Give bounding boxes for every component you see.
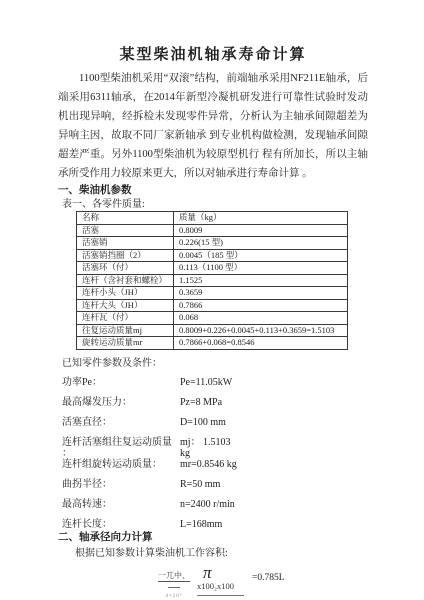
- cell-mass: 0.8009+0.226+0.0045+0.113+0.3659=1.5103: [174, 324, 348, 337]
- param-label: 连杆长度：: [62, 519, 180, 530]
- table-row: 旋转运动质量mr 0.7866+0.068=0.8546: [77, 337, 348, 350]
- cell-mass: 0.7866: [174, 299, 348, 312]
- formula-left-fraction: 一兀中、 4×10⁶: [158, 571, 190, 599]
- param-value: n=2400 r/min: [180, 499, 235, 510]
- section2-heading: 二、轴承径向力计算: [58, 532, 368, 544]
- cell-mass: 0.0045（185 型）: [174, 249, 348, 262]
- cell-mass: 0.3659: [174, 287, 348, 300]
- intro-paragraph: 1100型柴油机采用“双滚”结构，前端轴承采用NF211E轴承，后端采用6311…: [58, 69, 368, 183]
- param-label: 活塞直径：: [62, 417, 180, 428]
- param-label: 功率Pe：: [62, 377, 180, 388]
- section1-heading: 一、柴油机参数: [58, 185, 368, 197]
- table-caption: 表一、各零件质量:: [62, 199, 368, 210]
- table-row: 活塞环（付） 0.113（1100 型）: [77, 262, 348, 275]
- param-value: R=50 mm: [180, 479, 220, 490]
- displacement-formula: 一兀中、 4×10⁶ π x100₂x100 =0.785L: [158, 565, 368, 599]
- param-row-max-pressure: 最高爆发压力： Pz=8 MPa: [62, 397, 368, 408]
- table-row: 往复运动质量mj 0.8009+0.226+0.0045+0.113+0.365…: [77, 324, 348, 337]
- cell-mass: 0.8009: [174, 224, 348, 237]
- param-value: L=168mm: [180, 519, 222, 530]
- cell-name: 连杆小头（JH）: [77, 287, 174, 300]
- cell-name: 旋转运动质量mr: [77, 337, 174, 350]
- formula-main-denominator: x100₂x100: [197, 580, 244, 596]
- cell-name: 活塞销: [77, 237, 174, 250]
- param-value: D=100 mm: [180, 417, 226, 428]
- cell-name: 连杆（含衬套和螺栓）: [77, 274, 174, 287]
- param-label: 最高转速：: [62, 499, 180, 510]
- param-row-max-speed: 最高转速： n=2400 r/min: [62, 499, 368, 510]
- cell-mass: 0.226(15 型): [174, 237, 348, 250]
- document-title: 某型柴油机轴承寿命计算: [58, 44, 368, 66]
- pi-symbol: π: [203, 565, 212, 580]
- table-row: 活塞 0.8009: [77, 224, 348, 237]
- param-row-crank-radius: 曲拐半径： R=50 mm: [62, 479, 368, 490]
- cell-name: 连杆瓦（付）: [77, 312, 174, 325]
- cell-mass: 1.1525: [174, 274, 348, 287]
- table-header-mass: 质量（kg）: [174, 212, 348, 225]
- formula-result: =0.785L: [252, 573, 285, 584]
- cell-mass: 0.7866+0.068=0.8546: [174, 337, 348, 350]
- cell-mass: 0.068: [174, 312, 348, 325]
- formula-left-numerator: 一兀中、: [158, 571, 190, 582]
- param-value: mj： 1.5103 kg: [180, 437, 231, 459]
- table-header-name: 名称: [77, 212, 174, 225]
- param-row-power: 功率Pe： Pe=11.05kW: [62, 377, 368, 388]
- table-row: 连杆小头（JH） 0.3659: [77, 287, 348, 300]
- param-row-piston-diameter: 活塞直径： D=100 mm: [62, 417, 368, 428]
- table-row: 活塞销 0.226(15 型): [77, 237, 348, 250]
- table-row: 连杆（含衬套和螺栓） 1.1525: [77, 274, 348, 287]
- fraction-bar: [168, 587, 180, 588]
- param-row-rotating-mass: 连杆组旋转运动质量： mr=0.8546 kg: [62, 459, 368, 470]
- formula-left-denominator: 4×10⁶: [165, 594, 182, 599]
- param-value: Pe=11.05kW: [180, 377, 232, 388]
- param-label: 连杆组旋转运动质量：: [62, 459, 180, 470]
- known-conditions-label: 已知零件参数及条件：: [62, 358, 368, 369]
- cell-name: 活塞销挡圈（2）: [77, 249, 174, 262]
- param-label: 曲拐半径：: [62, 479, 180, 490]
- cell-mass: 0.113（1100 型）: [174, 262, 348, 275]
- table-row: 活塞销挡圈（2） 0.0045（185 型）: [77, 249, 348, 262]
- param-row-reciprocating-mass: 连杆活塞组往复运动质量 ： mj： 1.5103 kg: [62, 437, 368, 459]
- param-row-conrod-length: 连杆长度： L=168mm: [62, 519, 368, 530]
- cell-name: 往复运动质量mj: [77, 324, 174, 337]
- table-header-row: 名称 质量（kg）: [77, 212, 348, 225]
- table-row: 连杆大头（JH） 0.7866: [77, 299, 348, 312]
- param-value: mr=0.8546 kg: [180, 459, 237, 470]
- formula-main-fraction: π x100₂x100: [197, 565, 244, 596]
- param-label: 连杆活塞组往复运动质量 ：: [62, 437, 180, 459]
- mass-table: 名称 质量（kg） 活塞 0.8009 活塞销 0.226(15 型) 活塞销挡…: [76, 211, 348, 350]
- param-label: 最高爆发压力：: [62, 397, 180, 408]
- cell-name: 活塞: [77, 224, 174, 237]
- cell-name: 活塞环（付）: [77, 262, 174, 275]
- cell-name: 连杆大头（JH）: [77, 299, 174, 312]
- param-value: Pz=8 MPa: [180, 397, 222, 408]
- section2-intro: 根据已知参数计算柴油机工作容积:: [75, 548, 368, 559]
- document-page: 某型柴油机轴承寿命计算 1100型柴油机采用“双滚”结构，前端轴承采用NF211…: [0, 0, 424, 600]
- table-row: 连杆瓦（付） 0.068: [77, 312, 348, 325]
